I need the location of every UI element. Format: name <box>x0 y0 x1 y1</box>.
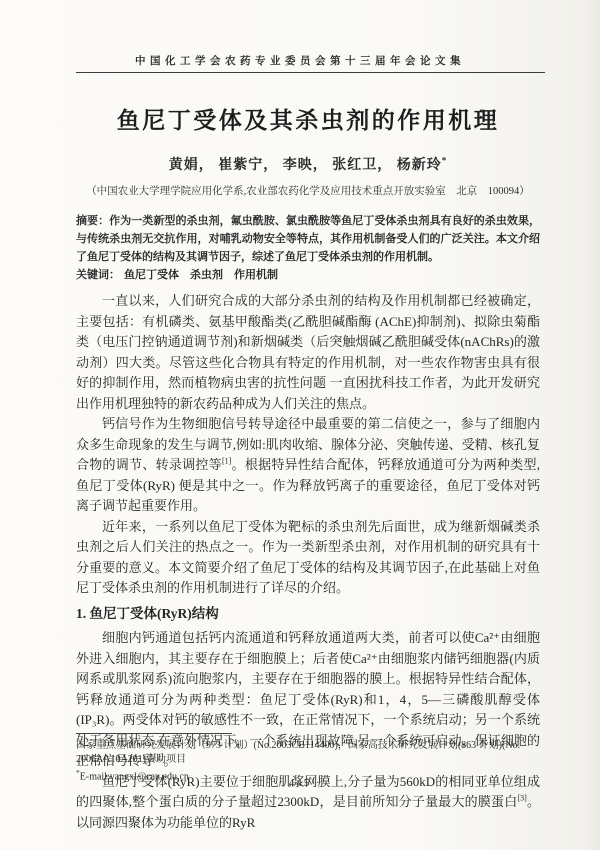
keywords-label: 关键词： <box>76 269 120 281</box>
paper-page: 中国化工学会农药专业委员会第十三届年会论文集 鱼尼丁受体及其杀虫剂的作用机理 黄… <box>0 0 600 850</box>
intro-paragraphs: 一直以来，人们研究合成的大部分杀虫剂的结构及作用机制都已经被确定，主要包括：有机… <box>76 291 540 599</box>
paragraph: 近年来，一系列以鱼尼丁受体为靶标的杀虫剂先后面世，成为继新烟碱类杀虫剂之后人们关… <box>76 517 540 599</box>
page-number: · 445 · <box>0 777 600 789</box>
section1-paragraphs: 细胞内钙通道包括钙内流通道和钙释放通道两大类，前者可以使Ca²⁺由细胞外进入细胞… <box>76 628 540 833</box>
proceedings-header: 中国化工学会农药专业委员会第十三届年会论文集 <box>0 53 600 68</box>
abstract-text: 作为一类新型的杀虫剂，氟虫酰胺、氯虫酰胺等鱼尼丁受体杀虫剂具有良好的杀虫效果，与… <box>76 215 540 263</box>
abstract-label: 摘要： <box>76 215 109 227</box>
affiliation: （中国农业大学理学院应用化学系,农业部农药化学及应用技术重点开放实验室 北京 1… <box>76 183 540 198</box>
paper-title: 鱼尼丁受体及其杀虫剂的作用机理 <box>76 102 540 135</box>
footnote-rule <box>76 733 232 734</box>
paragraph: 一直以来，人们研究合成的大部分杀虫剂的结构及作用机制都已经被确定，主要包括：有机… <box>76 291 540 414</box>
authors-note-marker: * <box>442 155 448 165</box>
keywords-text: 鱼尼丁受体 杀虫剂 作用机制 <box>124 269 278 281</box>
authors-line: 黄娟， 崔紫宁， 李映， 张红卫， 杨新玲* <box>76 154 540 174</box>
paper-content: 鱼尼丁受体及其杀虫剂的作用机理 黄娟， 崔紫宁， 李映， 张红卫， 杨新玲* （… <box>76 92 540 833</box>
header-rule <box>76 72 545 73</box>
authors-names: 黄娟， 崔紫宁， 李映， 张红卫， 杨新玲 <box>169 158 442 173</box>
keywords-line: 关键词：鱼尼丁受体 杀虫剂 作用机制 <box>76 266 540 284</box>
paragraph: 钙信号作为生物细胞信号转导途径中最重要的第二信使之一，参与了细胞内众多生命现象的… <box>76 414 540 517</box>
abstract: 摘要：作为一类新型的杀虫剂，氟虫酰胺、氯虫酰胺等鱼尼丁受体杀虫剂具有良好的杀虫效… <box>76 212 540 266</box>
funding-note: 国家重点基础研究发展计划（973 计划）(No.2003CB114400)，国家… <box>76 739 526 766</box>
section1-heading: 1. 鱼尼丁受体(RyR)结构 <box>76 604 540 625</box>
